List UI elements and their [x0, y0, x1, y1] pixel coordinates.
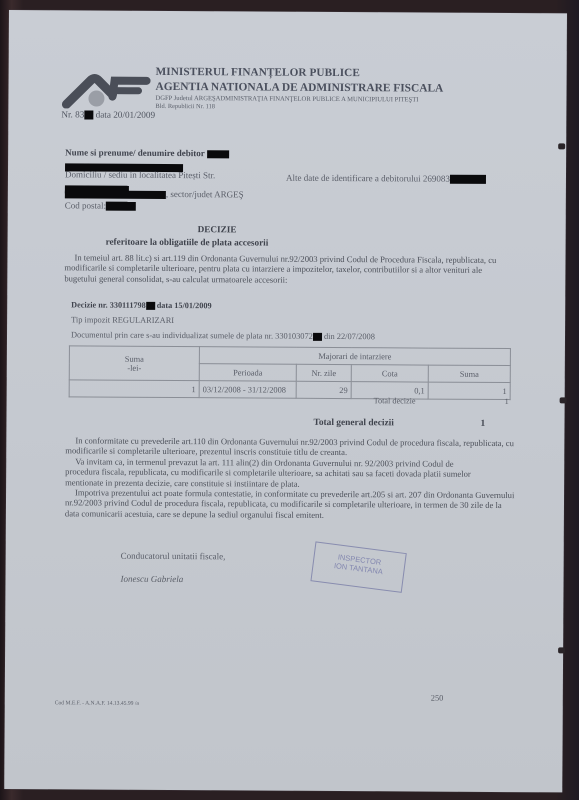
header-cota: Cota	[351, 365, 428, 382]
total-decision-value: 1	[505, 397, 509, 406]
total-general-value: 1	[480, 419, 485, 429]
punch-hole	[558, 647, 565, 653]
domicile-label: Domiciliu / sediu in localitatea Pitești…	[65, 169, 215, 180]
total-general-label: Total general decizii	[313, 418, 393, 428]
cell-perioada: 03/12/2008 - 31/12/2008	[199, 381, 296, 399]
source-document: Documentul prin care s-au individualizat…	[71, 330, 375, 341]
document-subtitle: referitoare la obligatiile de plata acce…	[106, 237, 269, 248]
paragraph-payment-invitation: Va invitam ca, in termenul prevazut la a…	[65, 456, 515, 490]
cell-suma-majorari: 1	[428, 382, 510, 400]
redaction	[450, 175, 486, 184]
header-suma: Suma-lei-	[69, 346, 199, 381]
ministry-name: MINISTERUL FINANȚELOR PUBLICE	[156, 66, 360, 79]
tax-type: Tip impozit REGULARIZARI	[71, 315, 174, 325]
debtor-name-label: Nume si prenume/ denumire debitor	[65, 147, 229, 158]
postal-code: Cod postal:	[65, 200, 136, 211]
table-row: 1 03/12/2008 - 31/12/2008 29 0,1 1	[69, 380, 510, 400]
registration-number-prefix: Nr. 83	[61, 109, 84, 119]
header-suma-majorari: Suma	[428, 365, 510, 383]
cell-suma: 1	[69, 380, 199, 398]
signature-role: Conducatorul unitatii fiscale,	[121, 551, 226, 562]
registration-date: data 20/01/2009	[96, 110, 156, 120]
other-identification: Alte date de identificare a debitorului …	[286, 173, 486, 185]
paragraph-title-of-claim: In conformitate cu prevederile art.110 d…	[65, 435, 515, 459]
header-perioada: Perioada	[199, 364, 296, 382]
total-decision-label: Total decizie	[374, 396, 416, 405]
cell-nr-zile: 29	[296, 381, 351, 398]
paragraph-appeal: Impotriva prezentului act poate formula …	[65, 487, 515, 521]
redaction	[84, 111, 93, 120]
punch-hole	[558, 143, 565, 149]
punch-hole	[560, 397, 567, 403]
redaction	[65, 190, 166, 199]
signature-name: Ionescu Gabriela	[120, 574, 183, 584]
inspector-stamp: INSPECTOR ION TANTANA	[310, 541, 406, 592]
header-nr-zile: Nr. zile	[296, 364, 351, 381]
legal-paragraphs: In conformitate cu prevederile art.110 d…	[65, 435, 516, 521]
redaction	[207, 150, 229, 158]
redaction	[146, 302, 155, 310]
unit-address: Bld. Republicii Nr. 118	[155, 103, 215, 110]
header-majorari: Majorari de intarziere	[199, 347, 510, 366]
intro-paragraph: In temeiul art. 88 lit.c) si art.119 din…	[64, 252, 514, 286]
form-code: Cod M.E.F. - A.N.A.F. 14.13.45.99 /a	[55, 700, 139, 707]
document-page: MINISTERUL FINANȚELOR PUBLICE AGENTIA NA…	[4, 10, 567, 792]
penalties-table: Suma-lei- Majorari de intarziere Perioad…	[69, 345, 511, 400]
anaf-logo-icon	[60, 68, 156, 109]
document-title: DECIZIE	[198, 224, 237, 234]
decision-number: Decizie nr. 330111798 data 15/01/2009	[71, 300, 211, 310]
page-number: 250	[431, 694, 444, 703]
agency-name: AGENTIA NATIONALA DE ADMINISTRARE FISCAL…	[155, 81, 443, 95]
redaction	[106, 202, 136, 211]
county-line: , sector/judet ARGEŞ	[65, 188, 244, 199]
redaction	[313, 333, 322, 341]
registration-number: Nr. 83 data 20/01/2009	[61, 109, 155, 120]
